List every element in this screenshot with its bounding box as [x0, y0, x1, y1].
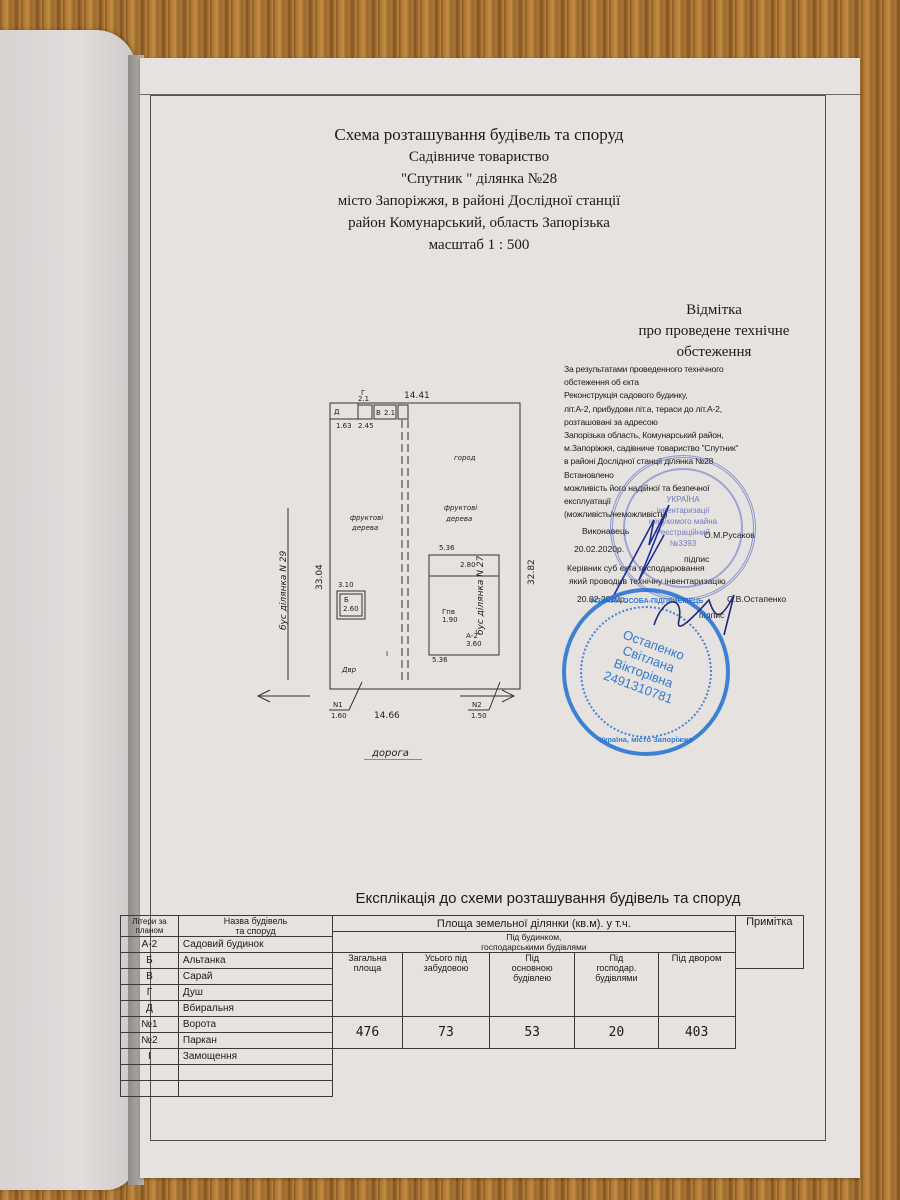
row-name: Душ — [178, 985, 332, 1001]
dim-top: 14.41 — [404, 391, 430, 401]
note-line: розташовані за адресою — [564, 416, 794, 429]
label-garden: город — [454, 454, 476, 462]
signature-scribble-2 — [644, 585, 764, 645]
col-letter-header: Літери за планом — [121, 916, 179, 937]
label-paving: I — [386, 650, 388, 658]
row-name: Вбиральня — [178, 1001, 332, 1017]
dim-a-width: 5.36 — [439, 544, 455, 552]
scale-label: масштаб 1 : 500 — [294, 234, 664, 256]
explication-table: Літери за планом Назва будівельта споруд… — [120, 915, 804, 1097]
value-built: 73 — [402, 1017, 489, 1049]
gate1-label: N1 — [333, 701, 343, 709]
row-letter: Б — [121, 953, 179, 969]
subcol-main: Підосновноюбудівлею — [490, 953, 575, 1017]
subcol-total: Загальнаплоща — [333, 953, 403, 1017]
stamp-text: Україна, місто Запоріжжя — [566, 735, 726, 744]
row-letter: №1 — [121, 1017, 179, 1033]
subcol-aux: Підгосподар.будівлями — [575, 953, 658, 1017]
dim-b-width: 3.10 — [338, 581, 354, 589]
gate1-value: 1.60 — [331, 712, 347, 720]
col-name-header: Назва будівельта споруд — [178, 916, 332, 937]
note-line: літ.А-2, прибудови літ.а, тераси до літ.… — [564, 403, 794, 416]
row-letter: №2 — [121, 1033, 179, 1049]
note-line: Запорізька область, Комунарський район, — [564, 429, 794, 442]
gate2-label: N2 — [472, 701, 482, 709]
row-letter: А-2 — [121, 937, 179, 953]
title-block: Схема розташування будівель та споруд Са… — [294, 124, 664, 256]
value-yard: 403 — [658, 1017, 735, 1049]
label-left-neighbor: бус ділянка N 29 — [279, 550, 289, 630]
note-line: Реконструкція садового будинку, — [564, 389, 794, 402]
dim-a-bottom: 5.36 — [432, 656, 448, 664]
label-trees: дерева — [351, 524, 378, 532]
row-name: Замощення — [178, 1049, 332, 1065]
dim-right: 32.82 — [527, 559, 534, 585]
col-note-header: Примітка — [735, 916, 803, 969]
dim-g: 2.1 — [358, 395, 369, 403]
label-d: Д — [334, 408, 340, 416]
row-name — [178, 1065, 332, 1081]
document-frame: Схема розташування будівель та споруд Са… — [144, 60, 828, 1160]
row-name: Сарай — [178, 969, 332, 985]
title-line: Садівниче товариство — [294, 146, 664, 168]
gate2-value: 1.50 — [471, 712, 487, 720]
row-letter: Г — [121, 985, 179, 1001]
col-area-header: Площа земельної ділянки (кв.м). у т.ч. — [333, 916, 736, 932]
explication-title: Експлікація до схеми розташування будіве… — [268, 890, 828, 907]
label-yard: Двр — [341, 666, 357, 674]
dim-left: 33.04 — [315, 564, 325, 590]
svg-text:бус ділянка N 27: бус ділянка N 27 — [476, 555, 486, 635]
title-line: "Спутник " ділянка №28 — [294, 168, 664, 190]
inspection-title-line: Відмітка — [614, 300, 814, 321]
col-under-buildings-header: Під будинком,господарськими будівлями — [333, 932, 736, 953]
row-letter: Д — [121, 1001, 179, 1017]
note-line: м.Запоріжжя, садівниче товариство "Спутн… — [564, 442, 794, 455]
dim-v: 2.1 — [384, 409, 395, 417]
row-letter — [121, 1081, 179, 1097]
dim-d1: 1.63 — [336, 422, 352, 430]
inspection-title-line: обстеження — [614, 342, 814, 363]
left-page — [0, 30, 136, 1190]
value-total: 476 — [333, 1017, 403, 1049]
plot-boundary — [330, 403, 520, 689]
row-letter: I — [121, 1049, 179, 1065]
label-road: дорога — [371, 748, 409, 759]
subcol-yard: Під двором — [658, 953, 735, 1017]
note-line: За результатами проведенного технічного — [564, 363, 794, 376]
right-neighbor-label: бус ділянка N 27 — [469, 500, 489, 640]
label-gl: Гпв — [442, 608, 455, 616]
title-line: місто Запоріжжя, в районі Дослідної стан… — [294, 190, 664, 212]
label-trees: фруктові — [350, 514, 383, 522]
document-title: Схема розташування будівель та споруд — [294, 124, 664, 146]
note-line: обстеження об єкта — [564, 376, 794, 389]
row-name: Садовий будинок — [178, 937, 332, 953]
site-plan: 14.41 Д Г 2.1 В 2.1 1.63 2.45 город фрук… — [234, 380, 534, 760]
dim-a2: 3.60 — [466, 640, 482, 648]
dim-bottom: 14.66 — [374, 711, 400, 721]
subcol-built: Усього підзабудовою — [402, 953, 489, 1017]
label-v: В — [376, 409, 381, 417]
row-name: Альтанка — [178, 953, 332, 969]
row-letter — [121, 1065, 179, 1081]
label-b: Б — [344, 596, 349, 604]
value-aux: 20 — [575, 1017, 658, 1049]
value-main: 53 — [490, 1017, 575, 1049]
dim-b: 2.60 — [343, 605, 359, 613]
inspection-title: Відмітка про проведене технічне обстежен… — [614, 300, 814, 363]
inspection-title-line: про проведене технічне — [614, 321, 814, 342]
row-letter: В — [121, 969, 179, 985]
row-name — [178, 1081, 332, 1097]
title-line: район Комунарський, область Запорізька — [294, 212, 664, 234]
dim-d2: 2.45 — [358, 422, 374, 430]
row-name: Ворота — [178, 1017, 332, 1033]
row-name: Паркан — [178, 1033, 332, 1049]
dim-gl: 1.90 — [442, 616, 458, 624]
